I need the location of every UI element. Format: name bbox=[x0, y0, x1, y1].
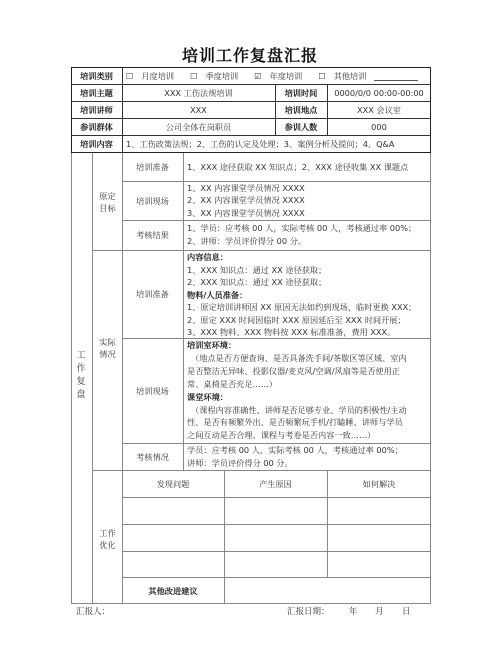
content-label: 培训内容 bbox=[71, 135, 122, 152]
problem-cell[interactable] bbox=[123, 498, 223, 523]
headcount-value: 000 bbox=[327, 118, 431, 135]
month-label: 月 bbox=[375, 605, 384, 617]
planned-goals-label: 原定 目标 bbox=[93, 153, 122, 250]
option-quarterly[interactable]: ☐季度培训 bbox=[190, 70, 246, 82]
planned-assessment-text: 1、学员：应考核 00 人，实际考核 00 人，考核通过率 00%； 2、讲师：… bbox=[183, 222, 431, 248]
col-header-cause: 产生原因 bbox=[224, 470, 327, 497]
lecturer-value: XXX bbox=[122, 101, 275, 118]
cause-cell[interactable] bbox=[225, 498, 326, 523]
review-section-label: 工 作 复 盘 bbox=[75, 350, 87, 402]
option-annual[interactable]: ☑年度培训 bbox=[254, 70, 310, 82]
solution-cell[interactable] bbox=[328, 525, 430, 550]
optimization-label: 工作 优化 bbox=[93, 524, 122, 554]
audience-value: 公司全体在岗职员 bbox=[122, 118, 275, 135]
page-title: 培训工作复盘汇报 bbox=[0, 43, 500, 66]
actual-prep-text: 内容信息： 1、XXX 知识点：通过 XX 途径获取； 2、XXX 知识点：通过… bbox=[183, 251, 431, 339]
actual-prep-label: 培训准备 bbox=[122, 250, 183, 338]
option-other[interactable]: ☐其他培训 bbox=[318, 70, 374, 82]
actual-onsite-text: 培训室环境： （地点是否方便查询、是否具备洗手间/茶歇区等区域、室内 是否整洁无… bbox=[183, 339, 431, 442]
problem-cell[interactable] bbox=[123, 552, 223, 576]
topic-value: XXX 工伤法规培训 bbox=[122, 84, 275, 101]
content-value: 1、工伤政策法规；2、工伤的认定及处理；3、案例分析及提问；4、Q&A bbox=[126, 135, 430, 152]
category-label: 培训类别 bbox=[71, 67, 122, 84]
planned-assessment-label: 考核结果 bbox=[122, 220, 183, 250]
topic-label: 培训主题 bbox=[71, 84, 122, 101]
checkbox-checked-icon[interactable]: ☑ bbox=[254, 71, 261, 81]
planned-onsite-text: 1、XX 内容课堂学员情况 XXXX 2、XX 内容课堂学员情况 XXXX 3、… bbox=[183, 182, 431, 219]
year-label: 年 bbox=[349, 605, 358, 617]
lecturer-label: 培训讲师 bbox=[71, 101, 122, 118]
checkbox-icon[interactable]: ☐ bbox=[318, 71, 325, 81]
planned-prep-text: 1、XXX 途径获取 XX 知识点；2、XXX 途径收集 XX 课题点 bbox=[187, 153, 431, 181]
headcount-label: 参训人数 bbox=[275, 118, 327, 135]
other-suggestions-label: 其他改进建议 bbox=[122, 577, 224, 604]
reporter-label: 汇报人： bbox=[76, 605, 110, 617]
cause-cell[interactable] bbox=[225, 552, 326, 576]
time-value: 0000/0/0 00:00-00:00 bbox=[327, 84, 431, 101]
location-value: XXX 会议室 bbox=[327, 101, 431, 118]
problem-cell[interactable] bbox=[123, 525, 223, 550]
checkbox-icon[interactable]: ☐ bbox=[126, 71, 133, 81]
category-options: ☐月度培训 ☐季度培训 ☑年度培训 ☐其他培训 bbox=[126, 67, 426, 84]
col-header-solution: 如何解决 bbox=[327, 470, 431, 497]
location-label: 培训地点 bbox=[275, 101, 327, 118]
solution-cell[interactable] bbox=[328, 552, 430, 576]
report-date-label: 汇报日期： bbox=[287, 605, 330, 617]
planned-onsite-label: 培训现场 bbox=[122, 181, 183, 220]
option-monthly[interactable]: ☐月度培训 bbox=[126, 70, 182, 82]
cause-cell[interactable] bbox=[225, 525, 326, 550]
solution-cell[interactable] bbox=[328, 498, 430, 523]
checkbox-icon[interactable]: ☐ bbox=[190, 71, 197, 81]
time-label: 培训时间 bbox=[275, 84, 327, 101]
planned-prep-label: 培训准备 bbox=[122, 153, 183, 181]
col-header-problem: 发现问题 bbox=[122, 470, 224, 497]
other-suggestions-cell[interactable] bbox=[225, 578, 430, 603]
actual-situation-label: 实际 情况 bbox=[93, 335, 122, 361]
actual-assessment-text: 学员：应考核 00 人，实际考核 00 人，考核通过率 00%； 讲师：学员评价… bbox=[183, 444, 431, 469]
day-label: 日 bbox=[402, 605, 411, 617]
actual-onsite-label: 培训现场 bbox=[122, 338, 183, 443]
audience-label: 参训群体 bbox=[71, 118, 122, 135]
other-input-line[interactable] bbox=[374, 71, 418, 81]
actual-assessment-label: 考核情况 bbox=[122, 443, 183, 470]
